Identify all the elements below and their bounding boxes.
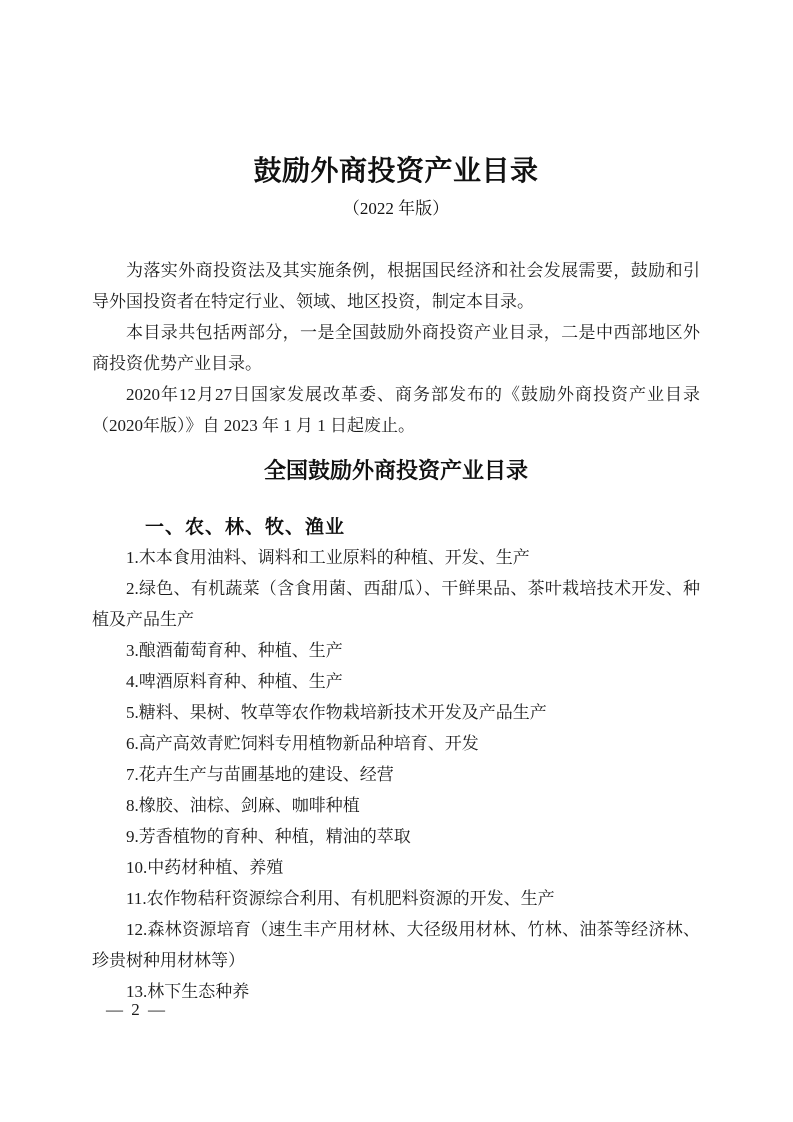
catalog-item: 6.高产高效青贮饲料专用植物新品种培育、开发 bbox=[92, 728, 700, 759]
document-title: 鼓励外商投资产业目录 bbox=[92, 155, 700, 189]
section-heading: 全国鼓励外商投资产业目录 bbox=[92, 458, 700, 484]
catalog-item: 4.啤酒原料育种、种植、生产 bbox=[92, 666, 700, 697]
page-number: — 2 — bbox=[106, 998, 167, 1022]
document-content: 鼓励外商投资产业目录 （2022 年版） 为落实外商投资法及其实施条例，根据国民… bbox=[92, 0, 700, 1007]
catalog-item: 12.森林资源培育（速生丰产用材林、大径级用材林、竹林、油茶等经济林、珍贵树种用… bbox=[92, 914, 700, 976]
catalog-item: 3.酿酒葡萄育种、种植、生产 bbox=[92, 635, 700, 666]
catalog-item-list: 1.木本食用油料、调料和工业原料的种植、开发、生产 2.绿色、有机蔬菜（含食用菌… bbox=[92, 542, 700, 1007]
document-page: 鼓励外商投资产业目录 （2022 年版） 为落实外商投资法及其实施条例，根据国民… bbox=[0, 0, 793, 1122]
catalog-item: 9.芳香植物的育种、种植，精油的萃取 bbox=[92, 821, 700, 852]
document-subtitle: （2022 年版） bbox=[92, 197, 700, 221]
intro-paragraphs: 为落实外商投资法及其实施条例，根据国民经济和社会发展需要，鼓励和引导外国投资者在… bbox=[92, 255, 700, 441]
catalog-item: 11.农作物秸秆资源综合利用、有机肥料资源的开发、生产 bbox=[92, 883, 700, 914]
intro-paragraph: 为落实外商投资法及其实施条例，根据国民经济和社会发展需要，鼓励和引导外国投资者在… bbox=[92, 255, 700, 317]
catalog-item: 10.中药材种植、养殖 bbox=[92, 852, 700, 883]
catalog-item: 1.木本食用油料、调料和工业原料的种植、开发、生产 bbox=[92, 542, 700, 573]
catalog-item: 2.绿色、有机蔬菜（含食用菌、西甜瓜）、干鲜果品、茶叶栽培技术开发、种植及产品生… bbox=[92, 573, 700, 635]
catalog-item: 7.花卉生产与苗圃基地的建设、经营 bbox=[92, 759, 700, 790]
catalog-item: 8.橡胶、油棕、剑麻、咖啡种植 bbox=[92, 790, 700, 821]
intro-paragraph: 本目录共包括两部分，一是全国鼓励外商投资产业目录，二是中西部地区外商投资优势产业… bbox=[92, 317, 700, 379]
catalog-item: 5.糖料、果树、牧草等农作物栽培新技术开发及产品生产 bbox=[92, 697, 700, 728]
category-heading: 一、农、林、牧、渔业 bbox=[92, 516, 700, 540]
intro-paragraph: 2020年12月27日国家发展改革委、商务部发布的《鼓励外商投资产业目录（202… bbox=[92, 379, 700, 441]
catalog-item: 13.林下生态种养 bbox=[92, 976, 700, 1007]
